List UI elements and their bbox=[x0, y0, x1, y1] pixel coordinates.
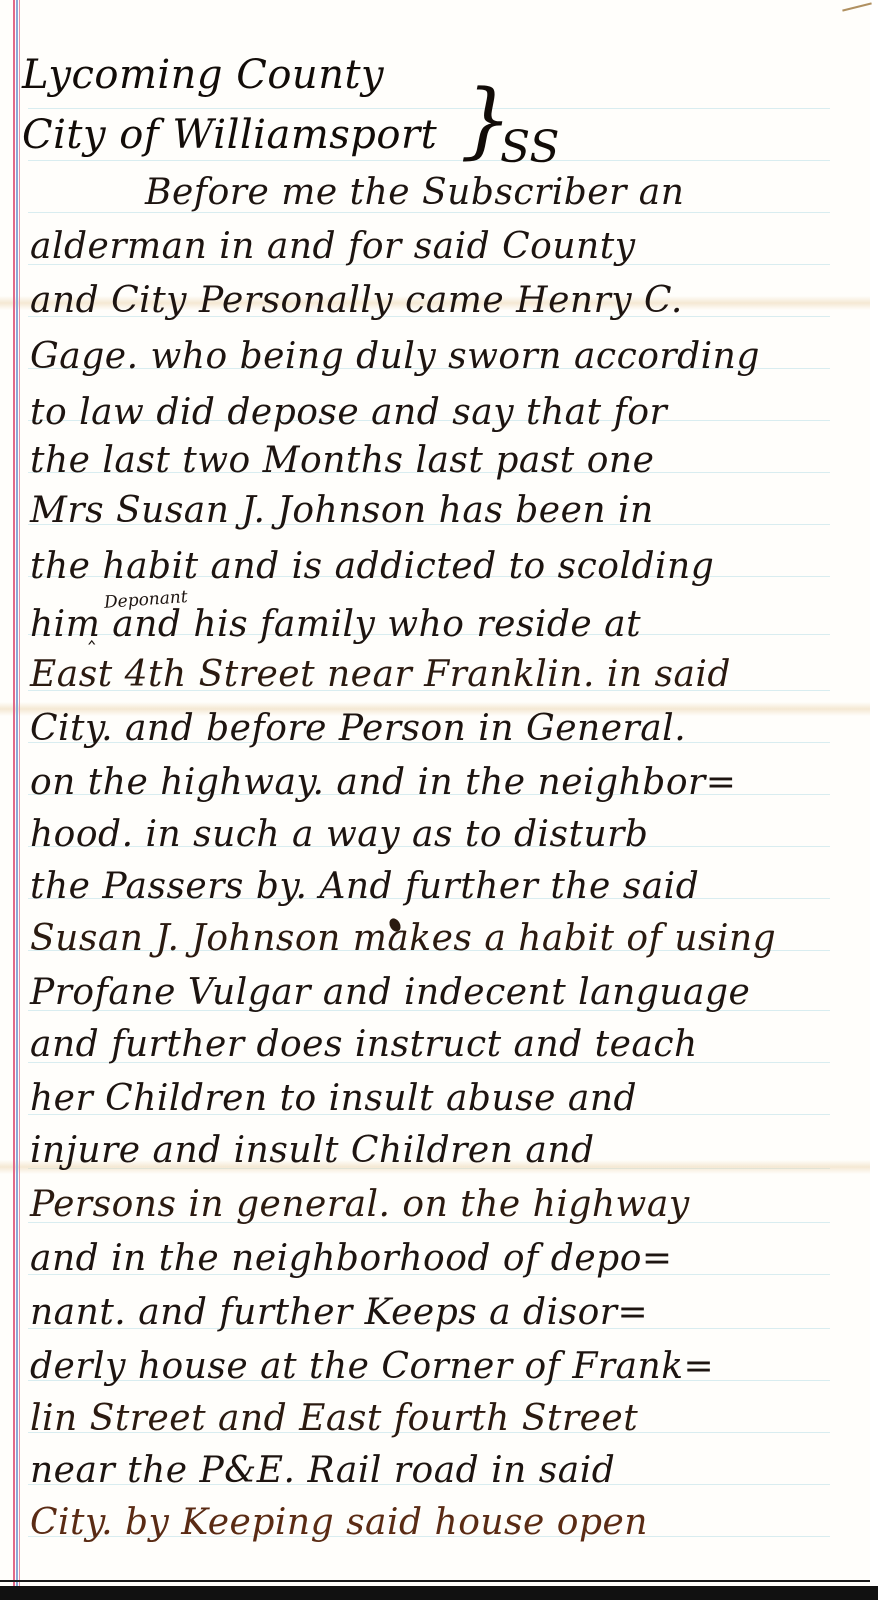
text-line-13: hood. in such a way as to disturb bbox=[30, 814, 648, 855]
scilicet-mark: SS bbox=[500, 122, 560, 173]
text-line-2: alderman in and for said County bbox=[30, 226, 636, 267]
text-line-15: Susan J. Johnson makes a habit of using bbox=[30, 918, 776, 959]
text-line-5: to law did depose and say that for bbox=[30, 392, 667, 433]
text-line-9: him and his family who reside at bbox=[30, 604, 641, 645]
text-line-22: nant. and further Keeps a disor= bbox=[30, 1292, 648, 1333]
text-line-19: injure and insult Children and bbox=[30, 1130, 595, 1171]
text-line-25: near the P&E. Rail road in said bbox=[30, 1450, 615, 1491]
text-line-10: East 4th Street near Franklin. in said bbox=[30, 654, 731, 695]
text-line-20: Persons in general. on the highway bbox=[30, 1184, 690, 1225]
scan-bottom-edge bbox=[0, 1586, 878, 1600]
text-line-17: and further does instruct and teach bbox=[30, 1024, 698, 1065]
text-line-23: derly house at the Corner of Frank= bbox=[30, 1346, 714, 1387]
text-line-1: Before me the Subscriber an bbox=[145, 172, 684, 213]
text-line-3: and City Personally came Henry C. bbox=[30, 280, 683, 321]
text-line-16: Profane Vulgar and indecent language bbox=[30, 972, 750, 1013]
margin-line-blue bbox=[16, 0, 18, 1590]
heading-city: City of Williamsport bbox=[22, 112, 437, 158]
text-line-14: the Passers by. And further the said bbox=[30, 866, 699, 907]
margin-line-red bbox=[19, 0, 20, 1590]
text-line-11: City. and before Person in General. bbox=[30, 708, 686, 749]
ruled-line bbox=[28, 108, 830, 109]
text-line-8: the habit and is addicted to scolding bbox=[30, 546, 714, 587]
text-line-24: lin Street and East fourth Street bbox=[30, 1398, 638, 1439]
text-line-18: her Children to insult abuse and bbox=[30, 1078, 637, 1119]
text-line-7: Mrs Susan J. Johnson has been in bbox=[30, 490, 654, 531]
text-line-26: City. by Keeping said house open bbox=[30, 1502, 648, 1543]
text-line-6: the last two Months last past one bbox=[30, 440, 654, 481]
text-line-12: on the highway. and in the neighbor= bbox=[30, 762, 736, 803]
ruled-line bbox=[28, 160, 830, 161]
margin-line-red bbox=[13, 0, 15, 1590]
heading-county: Lycoming County bbox=[22, 52, 384, 98]
text-line-4: Gage. who being duly sworn according bbox=[30, 336, 760, 377]
page-bottom-rule bbox=[0, 1580, 870, 1582]
corner-mark bbox=[842, 2, 872, 11]
text-line-21: and in the neighborhood of depo= bbox=[30, 1238, 673, 1279]
document-page: Lycoming County City of Williamsport } S… bbox=[0, 0, 870, 1590]
